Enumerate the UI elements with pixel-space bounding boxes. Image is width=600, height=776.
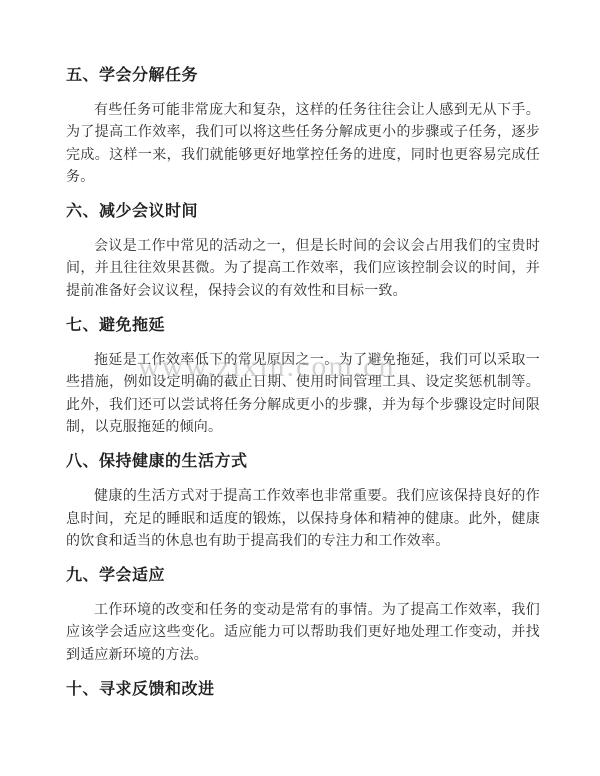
section-paragraph: 工作环境的改变和任务的变动是常有的事情。为了提高工作效率，我们应该学会适应这些变… [66, 600, 540, 667]
section-paragraph: 会议是工作中常见的活动之一，但是长时间的会议会占用我们的宝贵时间，并且往往效果甚… [66, 236, 540, 303]
section-6-reduce-meetings: 六、减少会议时间 会议是工作中常见的活动之一，但是长时间的会议会占用我们的宝贵时… [66, 202, 540, 303]
section-7-avoid-procrastination: 七、避免拖延 拖延是工作效率低下的常见原因之一。为了避免拖延，我们可以采取一些措… [66, 316, 540, 439]
section-5-decompose-tasks: 五、学会分解任务 有些任务可能非常庞大和复杂，这样的任务往往会让人感到无从下手。… [66, 66, 540, 189]
section-10-seek-feedback: 十、寻求反馈和改进 [66, 680, 540, 700]
section-heading: 五、学会分解任务 [66, 66, 540, 86]
section-heading: 七、避免拖延 [66, 316, 540, 336]
section-paragraph: 拖延是工作效率低下的常见原因之一。为了避免拖延，我们可以采取一些措施，例如设定明… [66, 350, 540, 439]
section-8-healthy-lifestyle: 八、保持健康的生活方式 健康的生活方式对于提高工作效率也非常重要。我们应该保持良… [66, 452, 540, 553]
section-9-learn-to-adapt: 九、学会适应 工作环境的改变和任务的变动是常有的事情。为了提高工作效率，我们应该… [66, 566, 540, 667]
section-paragraph: 健康的生活方式对于提高工作效率也非常重要。我们应该保持良好的作息时间，充足的睡眠… [66, 486, 540, 553]
section-heading: 九、学会适应 [66, 566, 540, 586]
section-heading: 八、保持健康的生活方式 [66, 452, 540, 472]
document-page: www.zixin.com.cn 五、学会分解任务 有些任务可能非常庞大和复杂，… [0, 0, 600, 776]
section-heading: 六、减少会议时间 [66, 202, 540, 222]
document-content: 五、学会分解任务 有些任务可能非常庞大和复杂，这样的任务往往会让人感到无从下手。… [66, 66, 540, 700]
section-heading: 十、寻求反馈和改进 [66, 680, 540, 700]
section-paragraph: 有些任务可能非常庞大和复杂，这样的任务往往会让人感到无从下手。为了提高工作效率，… [66, 100, 540, 189]
